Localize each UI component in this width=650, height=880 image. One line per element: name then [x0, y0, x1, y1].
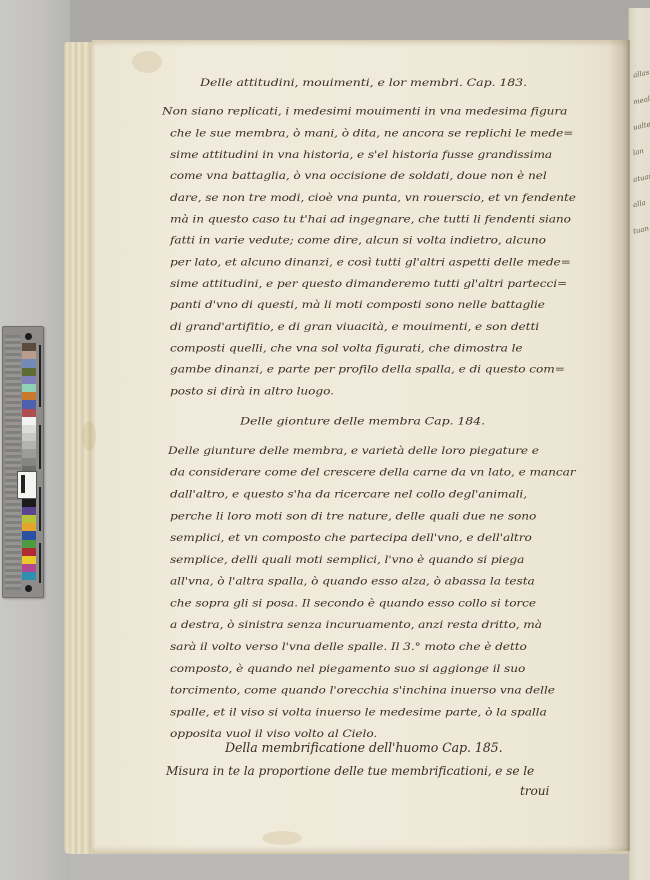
chapter-heading: Della membrificatione dell'huomo Cap. 18…	[225, 740, 502, 755]
color-swatch	[22, 531, 36, 539]
card-bar	[39, 425, 41, 469]
text-line: panti d'vno di questi, mà li moti compos…	[170, 299, 545, 311]
card-bar	[39, 543, 41, 583]
facing-page-text-fragment: allas	[632, 68, 650, 79]
text-line: Delle giunture delle membra, e varietà d…	[168, 445, 539, 457]
facing-page-text-fragment: alla	[632, 199, 646, 209]
color-swatch	[22, 425, 36, 433]
color-swatch	[22, 343, 36, 351]
text-line: composti quelli, che vna sol volta figur…	[170, 342, 523, 354]
text-line: opposita vuol il viso volto al Cielo.	[170, 728, 377, 740]
color-swatch	[22, 368, 36, 376]
color-swatch	[22, 499, 36, 507]
color-swatch	[22, 507, 36, 515]
text-line: per lato, et alcuno dinanzi, e così tutt…	[170, 256, 571, 268]
text-line: che le sue membra, ò mani, ò dita, ne an…	[170, 127, 573, 139]
paper-stain	[262, 831, 302, 845]
text-line: da considerare come del crescere della c…	[170, 467, 575, 479]
grey-scale-labels	[5, 335, 21, 590]
text-line: posto si dirà in altro luogo.	[170, 385, 334, 397]
facing-page: allasmeallaualtelanatuanallatuan	[628, 8, 650, 880]
color-swatch	[22, 400, 36, 408]
text-line: mà in questo caso tu t'hai ad ingegnare,…	[170, 213, 571, 225]
color-swatch	[22, 433, 36, 441]
color-checker-card	[2, 326, 44, 598]
text-line: come vna battaglia, ò vna occisione de s…	[170, 170, 547, 182]
color-swatch	[22, 540, 36, 548]
color-swatch	[22, 515, 36, 523]
text-line: composto, è quando nel piegamento suo si…	[170, 663, 525, 675]
color-swatch	[22, 441, 36, 449]
text-line: gambe dinanzi, e parte per profilo della…	[170, 363, 565, 375]
facing-page-text-fragment: ualte	[632, 120, 650, 132]
paper-stain	[82, 421, 96, 451]
color-swatch	[22, 548, 36, 556]
text-line: Misura in te la proportione delle tue me…	[166, 764, 534, 778]
text-line: dall'altro, e questo s'ha da ricercare n…	[170, 488, 527, 500]
catchword: troui	[520, 784, 549, 798]
chapter-heading: Delle attitudini, mouimenti, e lor membr…	[200, 76, 527, 89]
text-line: a destra, ò sinistra senza incuruamento,…	[170, 619, 542, 631]
text-line: semplici, et vn composto che partecipa d…	[170, 532, 532, 544]
scale-ruler-chip	[17, 471, 37, 499]
color-swatch	[22, 556, 36, 564]
text-line: torcimento, come quando l'orecchia s'inc…	[170, 684, 555, 696]
color-swatch	[22, 564, 36, 572]
card-bar	[39, 487, 41, 531]
color-swatch	[22, 449, 36, 457]
text-line: Non siano replicati, i medesimi mouiment…	[162, 105, 567, 117]
text-line: che sopra gli si posa. Il secondo è quan…	[170, 597, 536, 609]
text-line: fatti in varie vedute; come dire, alcun …	[170, 234, 546, 246]
facing-page-text-fragment: lan	[632, 147, 644, 157]
card-hole-top	[25, 333, 32, 340]
facing-page-text-fragment: atuan	[632, 172, 650, 184]
text-line: all'vna, ò l'altra spalla, ò quando esso…	[170, 575, 535, 587]
color-swatch	[22, 458, 36, 466]
color-swatch	[22, 376, 36, 384]
card-bar	[39, 345, 41, 407]
text-line: sarà il volto verso l'vna delle spalle. …	[170, 641, 527, 653]
text-line: sime attitudini in vna historia, e s'el …	[170, 149, 552, 161]
color-swatches	[22, 343, 36, 580]
facing-page-text-fragment: tuan	[632, 224, 649, 235]
color-swatch	[22, 351, 36, 359]
paper-stain	[132, 51, 162, 73]
color-swatch	[22, 409, 36, 417]
page-gutter-shadow	[608, 40, 630, 851]
facing-page-text-fragment: mealla	[632, 94, 650, 107]
text-line: semplice, delli quali moti semplici, l'v…	[170, 554, 524, 566]
text-line: di grand'artifitio, e di gran viuacità, …	[170, 321, 539, 333]
text-line: spalle, et il viso si volta inuerso le m…	[170, 706, 547, 718]
color-swatch	[22, 417, 36, 425]
chapter-heading: Delle gionture delle membra Cap. 184.	[240, 415, 485, 428]
color-swatch	[22, 572, 36, 580]
text-line: sime attitudini, e per questo dimanderem…	[170, 278, 567, 290]
text-line: dare, se non tre modi, cioè vna punta, v…	[170, 192, 576, 204]
text-line: perche li loro moti son di tre nature, d…	[170, 510, 536, 522]
color-swatch	[22, 392, 36, 400]
color-swatch	[22, 523, 36, 531]
card-hole-bottom	[25, 585, 32, 592]
color-swatch	[22, 359, 36, 367]
color-swatch	[22, 384, 36, 392]
